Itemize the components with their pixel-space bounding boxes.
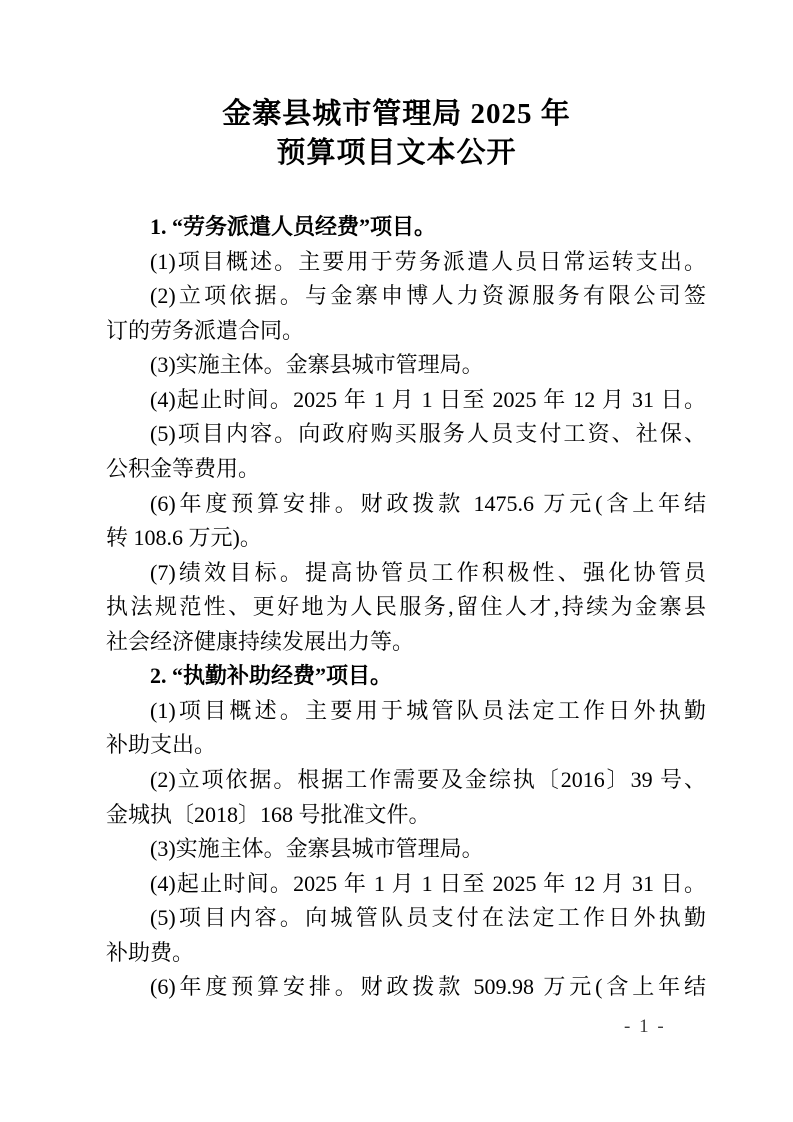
document-body: 1. “劳务派遣人员经费”项目。(1)项目概述。主要用于劳务派遣人员日常运转支出…: [106, 210, 706, 1005]
text-line: (2)立项依据。与金寨申博人力资源服务有限公司签: [106, 279, 706, 314]
text-line: 社会经济健康持续发展出力等。: [106, 625, 706, 660]
text-line: (6)年度预算安排。财政拨款 1475.6 万元(含上年结: [106, 487, 706, 522]
text-line: 执法规范性、更好地为人民服务,留住人才,持续为金寨县: [106, 590, 706, 625]
text-line: (5)项目内容。向城管队员支付在法定工作日外执勤: [106, 901, 706, 936]
text-line: 转 108.6 万元)。: [106, 521, 706, 556]
text-line: 金城执〔2018〕168 号批准文件。: [106, 798, 706, 833]
text-line: (3)实施主体。金寨县城市管理局。: [106, 832, 706, 867]
text-line: 订的劳务派遣合同。: [106, 314, 706, 349]
document-page: 金寨县城市管理局 2025 年 预算项目文本公开 1. “劳务派遣人员经费”项目…: [0, 0, 793, 1122]
text-line: (3)实施主体。金寨县城市管理局。: [106, 348, 706, 383]
text-line: (5)项目内容。向政府购买服务人员支付工资、社保、: [106, 417, 706, 452]
text-line: 补助支出。: [106, 728, 706, 763]
section-heading: 1. “劳务派遣人员经费”项目。: [106, 210, 706, 245]
page-number: - 1 -: [624, 1016, 666, 1038]
text-line: (4)起止时间。2025 年 1 月 1 日至 2025 年 12 月 31 日…: [106, 383, 706, 418]
text-line: (2)立项依据。根据工作需要及金综执〔2016〕39 号、: [106, 763, 706, 798]
document-title-line-1: 金寨县城市管理局 2025 年: [0, 95, 793, 134]
text-line: 补助费。: [106, 936, 706, 971]
text-line: 公积金等费用。: [106, 452, 706, 487]
text-line: (1)项目概述。主要用于城管队员法定工作日外执勤: [106, 694, 706, 729]
document-title-line-2: 预算项目文本公开: [0, 134, 793, 173]
text-line: (7)绩效目标。提高协管员工作积极性、强化协管员: [106, 556, 706, 591]
document-title: 金寨县城市管理局 2025 年 预算项目文本公开: [0, 95, 793, 173]
text-line: (4)起止时间。2025 年 1 月 1 日至 2025 年 12 月 31 日…: [106, 867, 706, 902]
text-line: (1)项目概述。主要用于劳务派遣人员日常运转支出。: [106, 245, 706, 280]
text-line: (6)年度预算安排。财政拨款 509.98 万元(含上年结: [106, 970, 706, 1005]
section-heading: 2. “执勤补助经费”项目。: [106, 659, 706, 694]
